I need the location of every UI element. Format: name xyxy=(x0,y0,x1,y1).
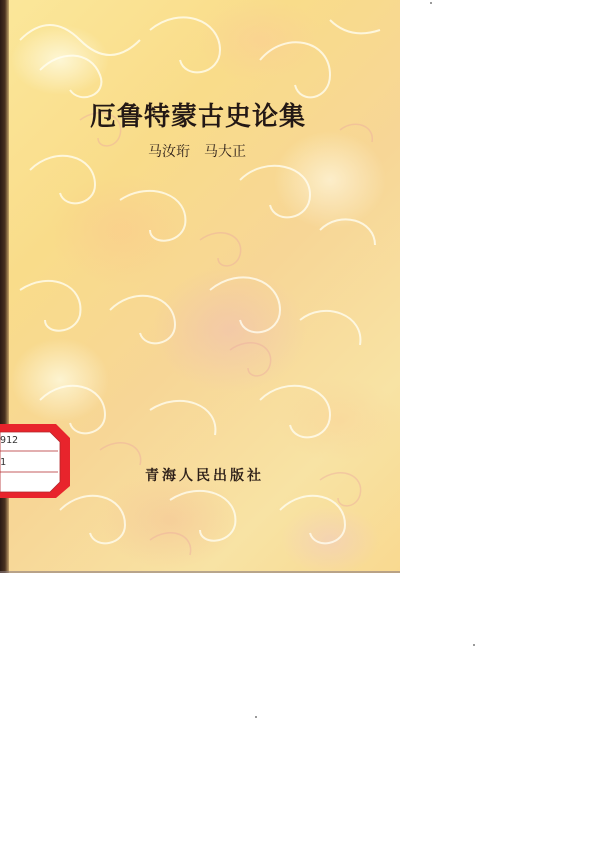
book-title: 厄鲁特蒙古史论集 xyxy=(90,96,315,133)
book-cover: 厄鲁特蒙古史论集 马汝珩 马大正 青海人民出版社 912 1 xyxy=(0,0,400,573)
scan-speck xyxy=(430,2,432,4)
call-number: 912 xyxy=(0,435,18,446)
scan-speck xyxy=(255,716,257,718)
label-frame-icon xyxy=(0,420,72,500)
author-1: 马汝珩 xyxy=(148,141,190,161)
scan-speck xyxy=(473,644,475,646)
call-number-line-2: 1 xyxy=(0,457,6,468)
publisher: 青海人民出版社 xyxy=(145,465,264,485)
author-2: 马大正 xyxy=(204,141,246,161)
authors: 马汝珩 马大正 xyxy=(148,141,246,161)
cover-bottom-edge xyxy=(0,571,400,573)
library-call-number-label: 912 1 xyxy=(0,420,72,500)
